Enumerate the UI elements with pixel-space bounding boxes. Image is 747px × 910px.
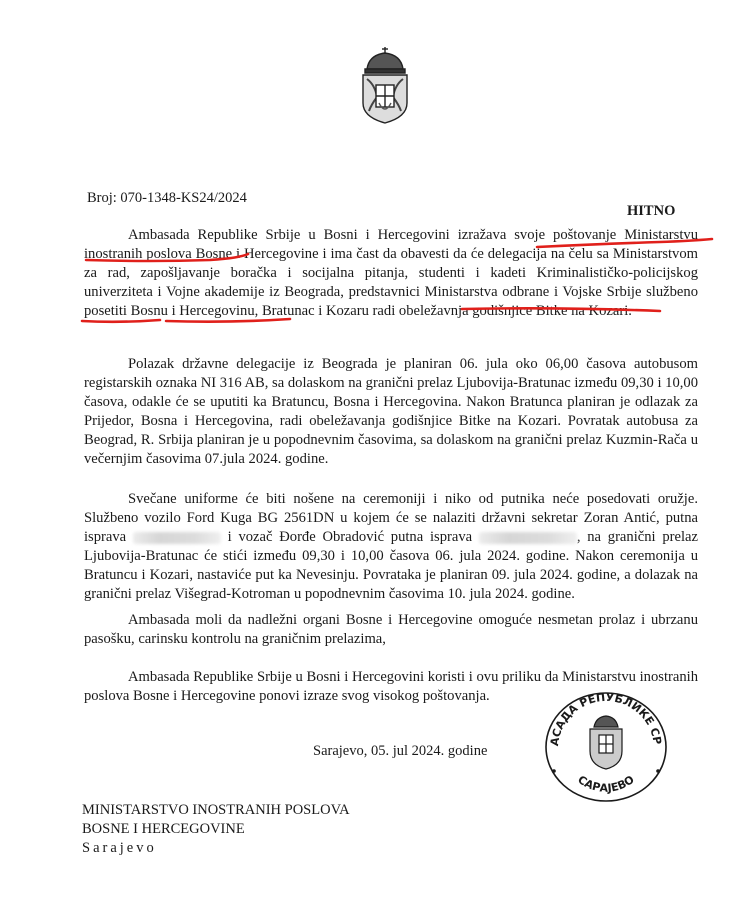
urgency-label: HITNO <box>627 203 675 220</box>
redacted-travel-document-1 <box>133 532 221 544</box>
embassy-stamp-icon: АМБАСАДА РЕПУБЛИКЕ СРБИЈЕ САРАЈЕВО <box>540 687 672 805</box>
paragraph-announcement: Ambasada Republike Srbije u Bosni i Herc… <box>84 226 698 321</box>
reference-number: Broj: 070-1348-KS24/2024 <box>87 190 247 207</box>
addressee-block: MINISTARSTVO INOSTRANIH POSLOVA BOSNE I … <box>82 801 350 858</box>
serbian-coat-of-arms-icon <box>355 45 415 125</box>
addressee-line-2: BOSNE I HERCEGOVINE <box>82 820 350 839</box>
paragraph-vehicle-itinerary: Svečane uniforme će biti nošene na cerem… <box>84 490 698 604</box>
redacted-travel-document-2 <box>479 532 577 544</box>
paragraph-bus-itinerary: Polazak državne delegacije iz Beograda j… <box>84 355 698 469</box>
place-and-date: Sarajevo, 05. jul 2024. godine <box>313 743 487 760</box>
paragraph-request: Ambasada moli da nadležni organi Bosne i… <box>84 611 698 649</box>
addressee-line-1: MINISTARSTVO INOSTRANIH POSLOVA <box>82 801 350 820</box>
svg-text:САРАЈЕВО: САРАЈЕВО <box>575 773 636 795</box>
addressee-line-3: Sarajevo <box>82 839 350 858</box>
